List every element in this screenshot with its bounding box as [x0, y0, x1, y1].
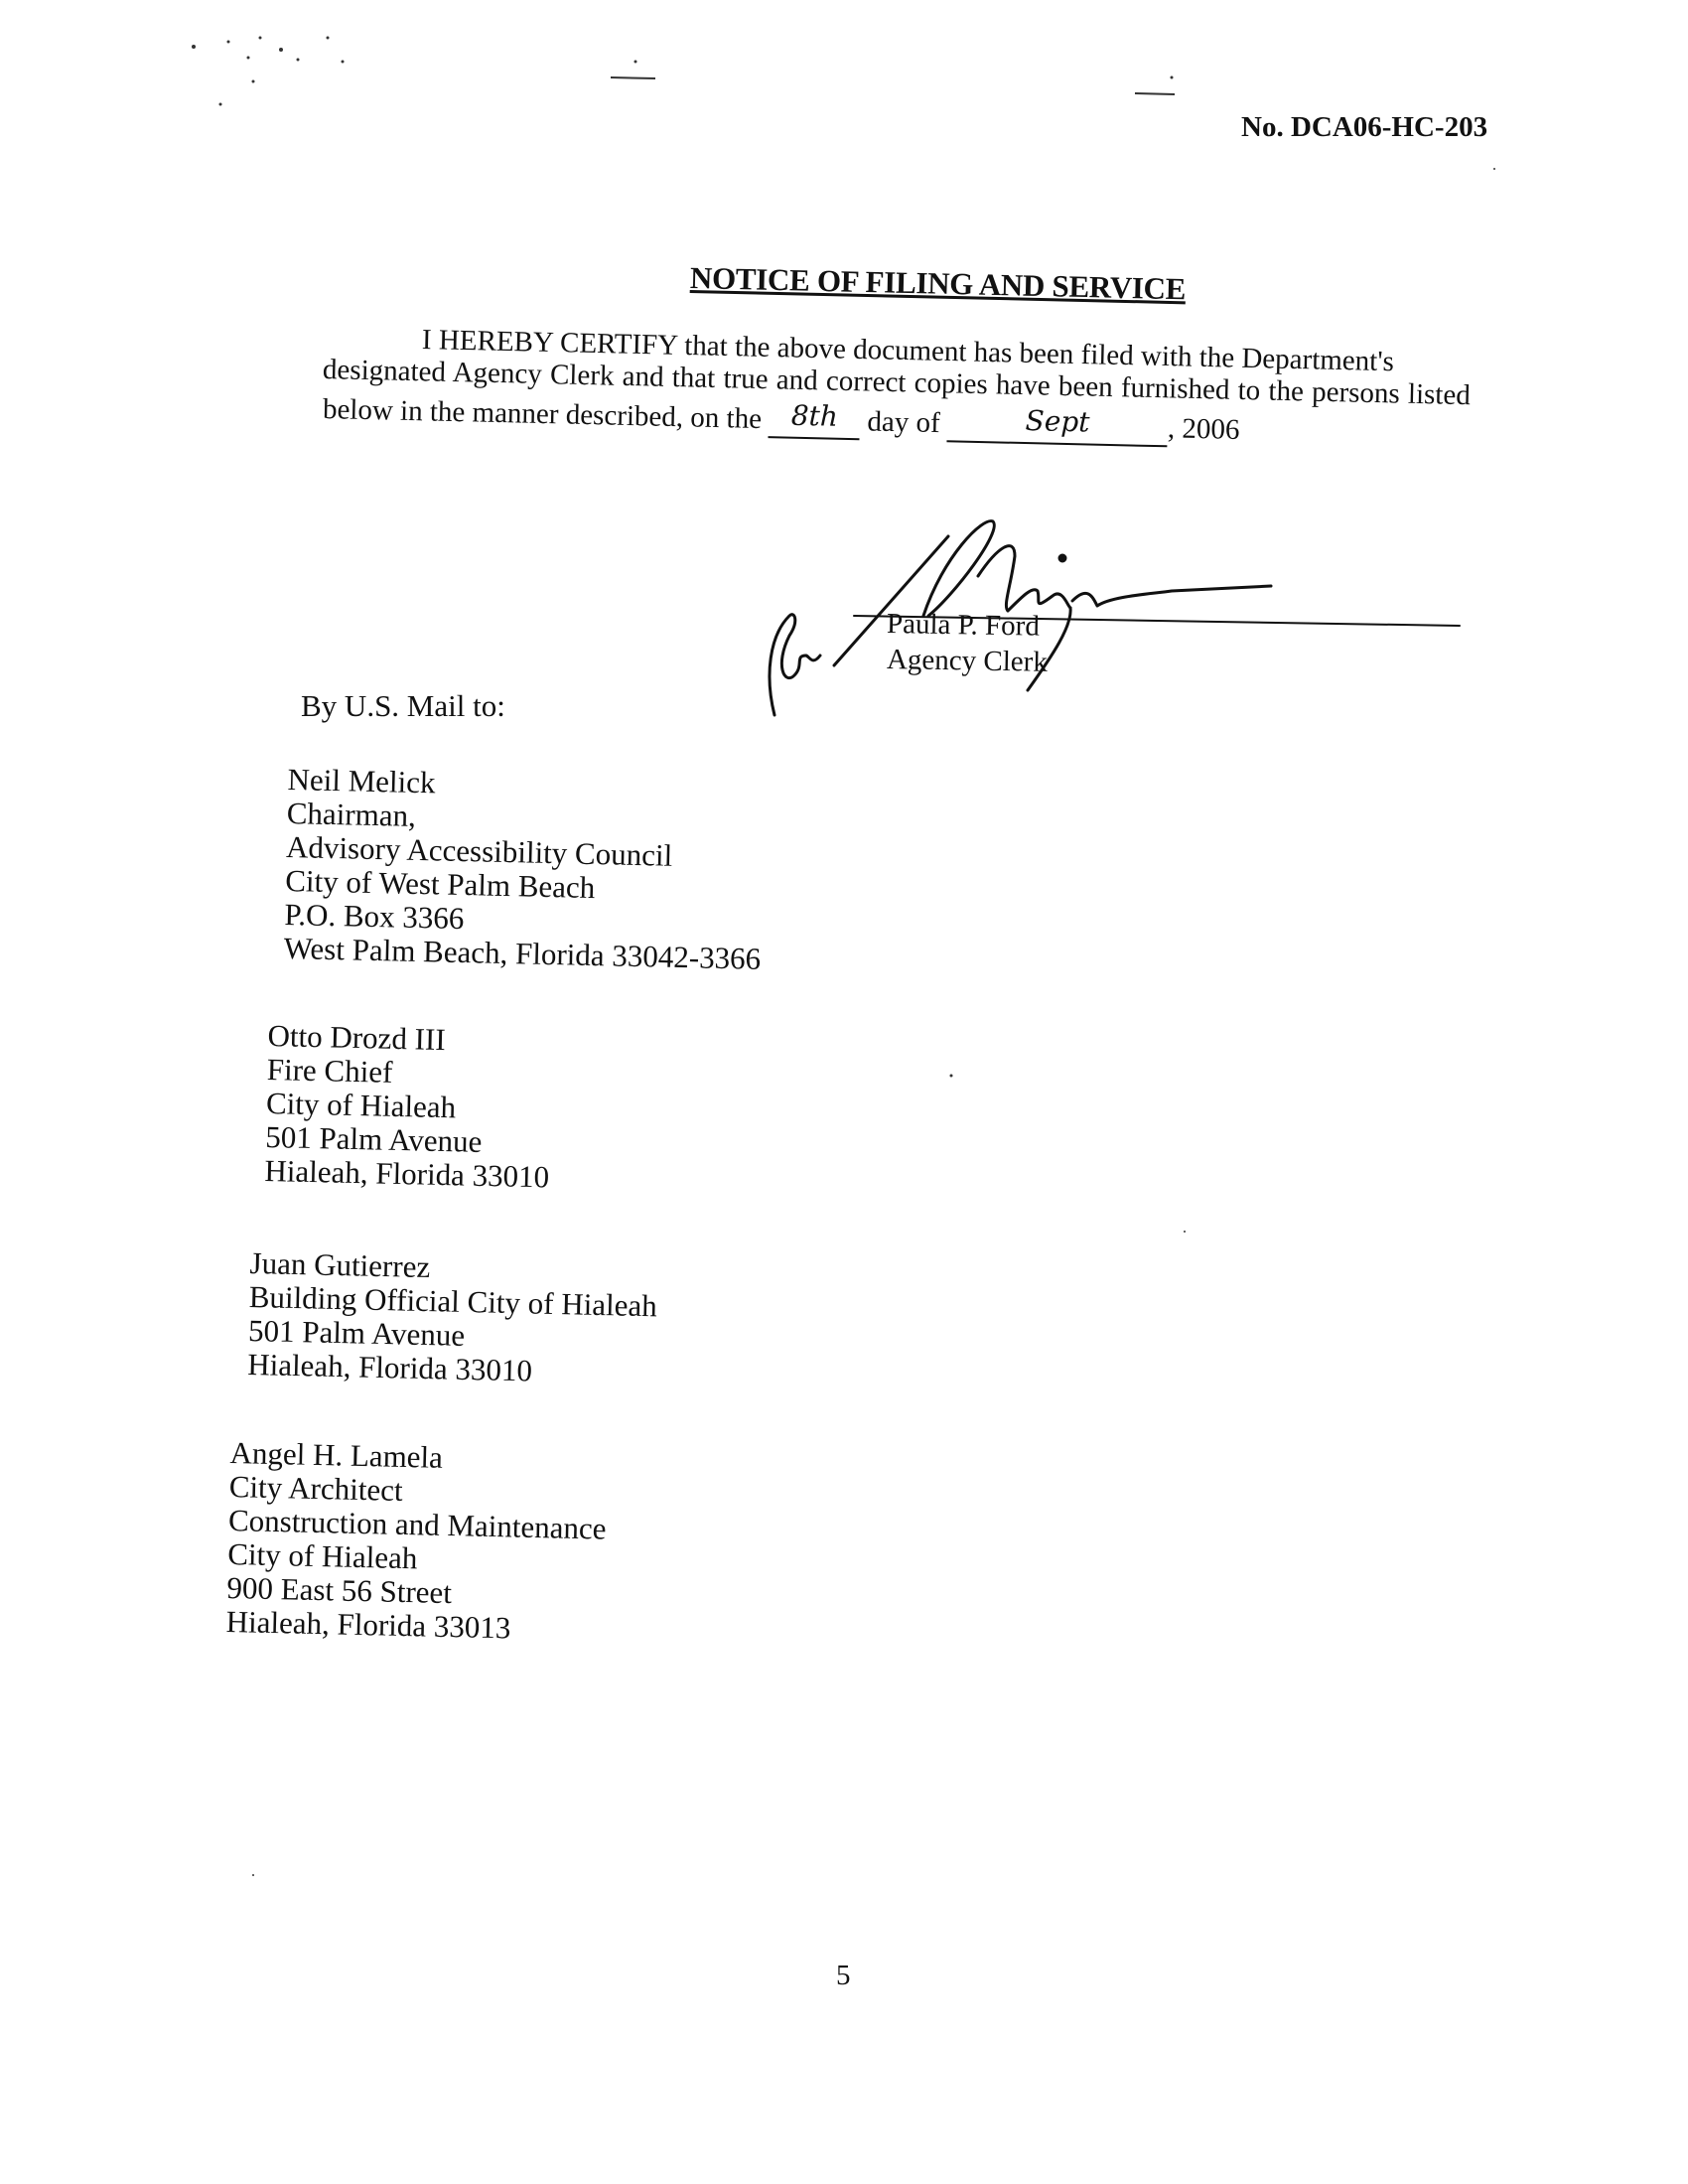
service-method: By U.S. Mail to: — [301, 688, 505, 724]
recipient-address-block: Angel H. Lamela City Architect Construct… — [225, 1436, 608, 1648]
page-number: 5 — [836, 1960, 851, 1992]
signer-name: Paula P. Ford — [887, 608, 1040, 644]
document-number: No. DCA06-HC-203 — [1241, 111, 1487, 144]
handwritten-month: Sept — [1025, 404, 1090, 438]
recipient-address-block: Neil Melick Chairman, Advisory Accessibi… — [283, 763, 765, 976]
scan-noise — [0, 0, 1688, 2184]
month-blank: Sept — [947, 406, 1169, 447]
signature-icon — [755, 516, 1470, 735]
recipient-address-block: Otto Drozd III Fire Chief City of Hialea… — [264, 1019, 552, 1194]
day-of-label: day of — [867, 405, 940, 439]
day-blank: 8th — [769, 402, 861, 440]
recipient-line: Hialeah, Florida 33010 — [264, 1154, 549, 1194]
signer-title: Agency Clerk — [887, 644, 1048, 679]
recipient-address-block: Juan Gutierrez Building Official City of… — [247, 1246, 658, 1390]
handwritten-day: 8th — [790, 399, 838, 433]
year-label: , 2006 — [1168, 412, 1240, 446]
